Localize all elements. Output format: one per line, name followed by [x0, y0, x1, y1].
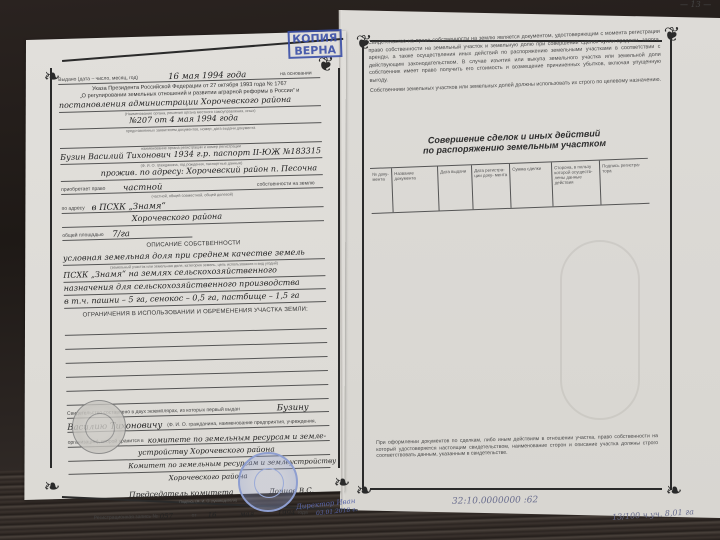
ornament-icon: ❧: [330, 470, 354, 494]
area-row: общей площадью 7/га: [62, 225, 192, 241]
table-header-cell: Дата регистра- ции доку- мента: [472, 164, 512, 209]
registration-label: Регистрационная запись №: [94, 513, 158, 521]
table-header-cell: Сумма сделки: [510, 162, 554, 208]
table-header-cell: № доку- мента: [370, 168, 394, 213]
area-label: общей площадью: [62, 232, 103, 239]
registration-year: 1994: [278, 509, 296, 515]
location-value: в ПСХК „Знамя“: [91, 203, 165, 211]
official-seal: [72, 400, 126, 454]
second-value: комитете по земельным ресурсам и земле-: [148, 433, 327, 444]
registration-number: 057: [160, 513, 174, 519]
acquires-label: приобретает право: [61, 186, 105, 193]
blue-seal: [238, 452, 298, 512]
page-number: — 13 —: [680, 0, 711, 9]
table-header-cell: Дата выдачи: [438, 165, 474, 210]
ornament-icon: ❧: [662, 478, 686, 502]
table-header-cell: Подпись регистра- тора: [600, 159, 650, 205]
copy-certified-stamp: КОПИЯ ВЕРНА: [288, 29, 343, 59]
registration-day: 16: [208, 512, 217, 518]
table-header-cell: Название документа: [392, 167, 440, 213]
copies-recipient: Бузину: [277, 404, 309, 411]
location-label: по адресу: [61, 205, 84, 212]
right-value: частной: [123, 184, 163, 191]
watermark: [560, 240, 640, 420]
copies-sub: (Ф. И. О. гражданина, наименование предп…: [167, 418, 316, 428]
table-header-cell: Сторона, в пользу которой осуществ- лены…: [552, 161, 602, 207]
area-value: 7/га: [112, 231, 130, 237]
issued-suffix: на основании: [280, 70, 312, 77]
issued-label: Выдано (дата – число, месяц, год): [58, 74, 138, 82]
left-page-content: Выдано (дата – число, месяц, год) 16 мая…: [58, 65, 332, 524]
ornament-icon: ❦: [660, 22, 684, 46]
stamp-line-2: ВЕРНА: [290, 44, 340, 58]
registration-from: от: [192, 512, 197, 518]
cadastral-number: 32:10.0000000 :62: [452, 495, 538, 507]
ornament-icon: ❧: [40, 474, 64, 498]
registration-month: мая: [240, 511, 255, 517]
issued-value: 16 мая 1994 года: [168, 72, 246, 80]
ownership-label: собственности на землю: [257, 180, 315, 188]
right-page-content: Свидетельство на право собственности на …: [368, 29, 662, 99]
